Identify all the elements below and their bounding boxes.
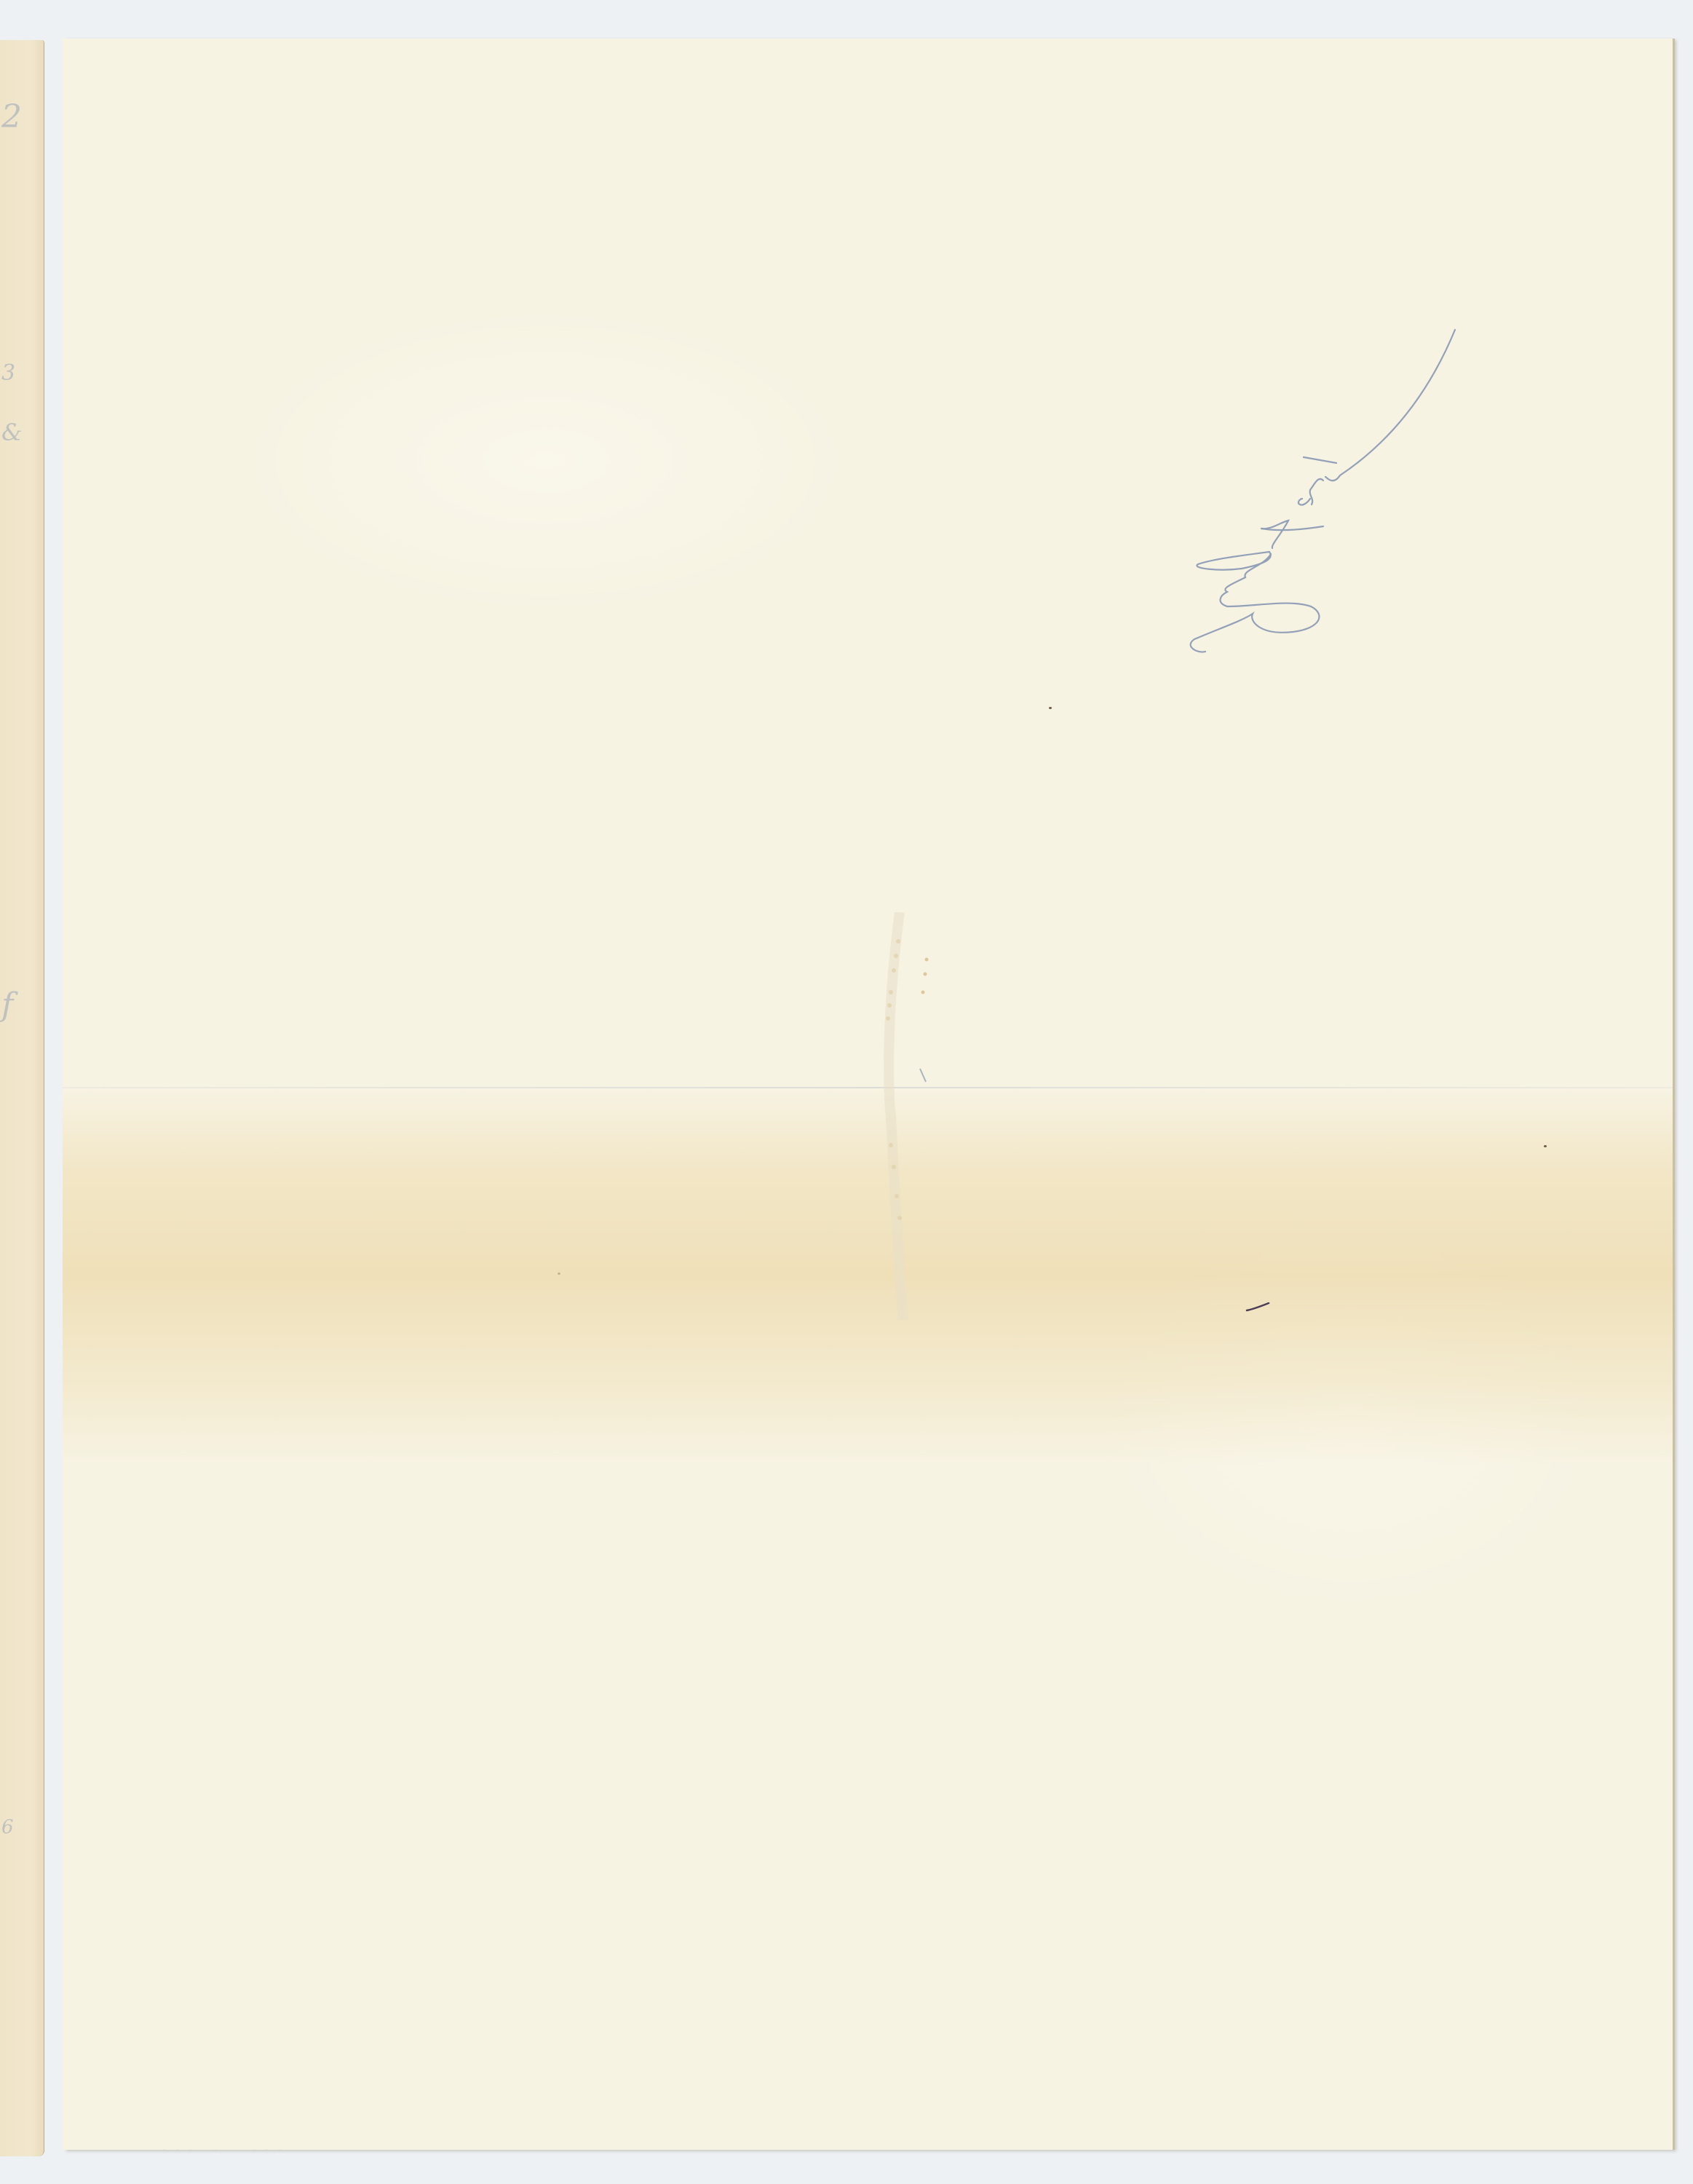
speck: [558, 1273, 560, 1275]
fold-crease-mark: [856, 912, 943, 1320]
speck: [1049, 707, 1052, 709]
bleed-fragment: 3: [1, 360, 15, 386]
accession-stamp: M 002.13.228: [157, 2146, 311, 2150]
speck: [1544, 1145, 1547, 1147]
bleed-fragment: &: [1, 419, 22, 446]
pen-mark: [1245, 1302, 1272, 1312]
adjacent-page-edge: 2 3 & f 6: [0, 40, 44, 2156]
document-page: M 002.13.228: [63, 39, 1673, 2150]
bleed-fragment: 6: [1, 1816, 14, 1838]
bleed-fragment: f: [1, 986, 13, 1024]
signature-bleed-through: [1154, 308, 1518, 847]
bleed-fragment: 2: [1, 98, 22, 135]
